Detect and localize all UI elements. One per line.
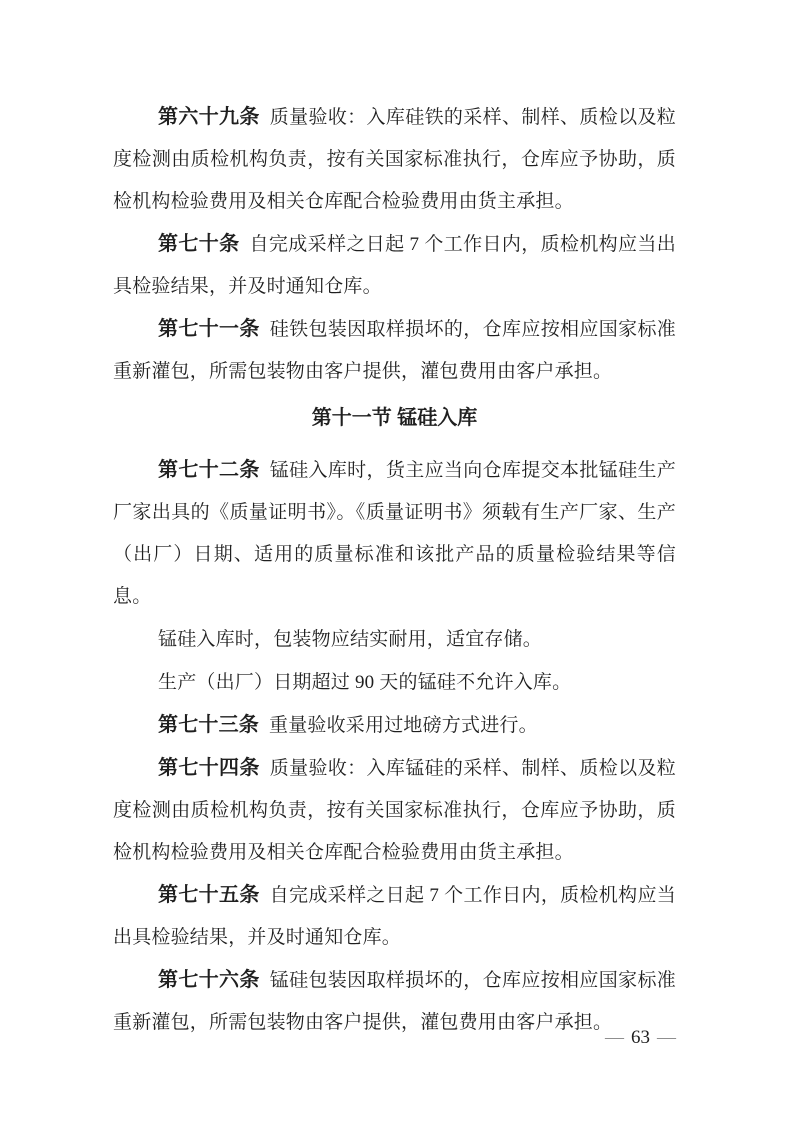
article-71-paragraph: 第七十一条硅铁包装因取样损坏的，仓库应按相应国家标准重新灌包，所需包装物由客户提… xyxy=(113,308,676,393)
article-70-paragraph: 第七十条自完成采样之日起 7 个工作日内，质检机构应当出具检验结果，并及时通知仓… xyxy=(113,223,676,308)
page-number: 63 xyxy=(631,1027,650,1048)
article-72-number: 第七十二条 xyxy=(158,459,260,481)
article-75-number: 第七十五条 xyxy=(158,884,260,906)
footer-left-dash: — xyxy=(605,1027,624,1048)
article-73-paragraph: 第七十三条重量验收采用过地磅方式进行。 xyxy=(113,704,676,747)
article-69-number: 第六十九条 xyxy=(158,106,260,128)
article-73-text: 重量验收采用过地磅方式进行。 xyxy=(269,715,538,736)
article-76-paragraph: 第七十六条锰硅包装因取样损坏的，仓库应按相应国家标准重新灌包，所需包装物由客户提… xyxy=(113,959,676,1044)
article-75-paragraph: 第七十五条自完成采样之日起 7 个工作日内，质检机构应当出具检验结果，并及时通知… xyxy=(113,874,676,959)
page-footer: —63— xyxy=(605,1024,676,1052)
article-70-number: 第七十条 xyxy=(158,233,239,255)
document-page: 第六十九条质量验收：入库硅铁的采样、制样、质检以及粒度检测由质检机构负责，按有关… xyxy=(0,0,793,1122)
article-74-paragraph: 第七十四条质量验收：入库锰硅的采样、制样、质检以及粒度检测由质检机构负责，按有关… xyxy=(113,747,676,874)
article-69-paragraph: 第六十九条质量验收：入库硅铁的采样、制样、质检以及粒度检测由质检机构负责，按有关… xyxy=(113,96,676,223)
footer-right-dash: — xyxy=(657,1027,676,1048)
article-72-continuation-1-text: 锰硅入库时，包装物应结实耐用，适宜存储。 xyxy=(158,629,542,650)
article-74-number: 第七十四条 xyxy=(158,757,260,779)
article-72-continuation-1: 锰硅入库时，包装物应结实耐用，适宜存储。 xyxy=(113,618,676,661)
document-text-block: 第六十九条质量验收：入库硅铁的采样、制样、质检以及粒度检测由质检机构负责，按有关… xyxy=(113,96,676,1044)
article-72-continuation-2-text: 生产（出厂）日期超过 90 天的锰硅不允许入库。 xyxy=(158,672,571,693)
section-heading: 第十一节 锰硅入库 xyxy=(113,397,676,439)
article-72-paragraph: 第七十二条锰硅入库时，货主应当向仓库提交本批锰硅生产厂家出具的《质量证明书》。《… xyxy=(113,449,676,618)
article-73-number: 第七十三条 xyxy=(158,714,259,736)
article-76-number: 第七十六条 xyxy=(158,969,260,991)
article-71-number: 第七十一条 xyxy=(158,318,260,340)
article-72-continuation-2: 生产（出厂）日期超过 90 天的锰硅不允许入库。 xyxy=(113,661,676,704)
article-72-text: 锰硅入库时，货主应当向仓库提交本批锰硅生产厂家出具的《质量证明书》。《质量证明书… xyxy=(113,460,676,607)
